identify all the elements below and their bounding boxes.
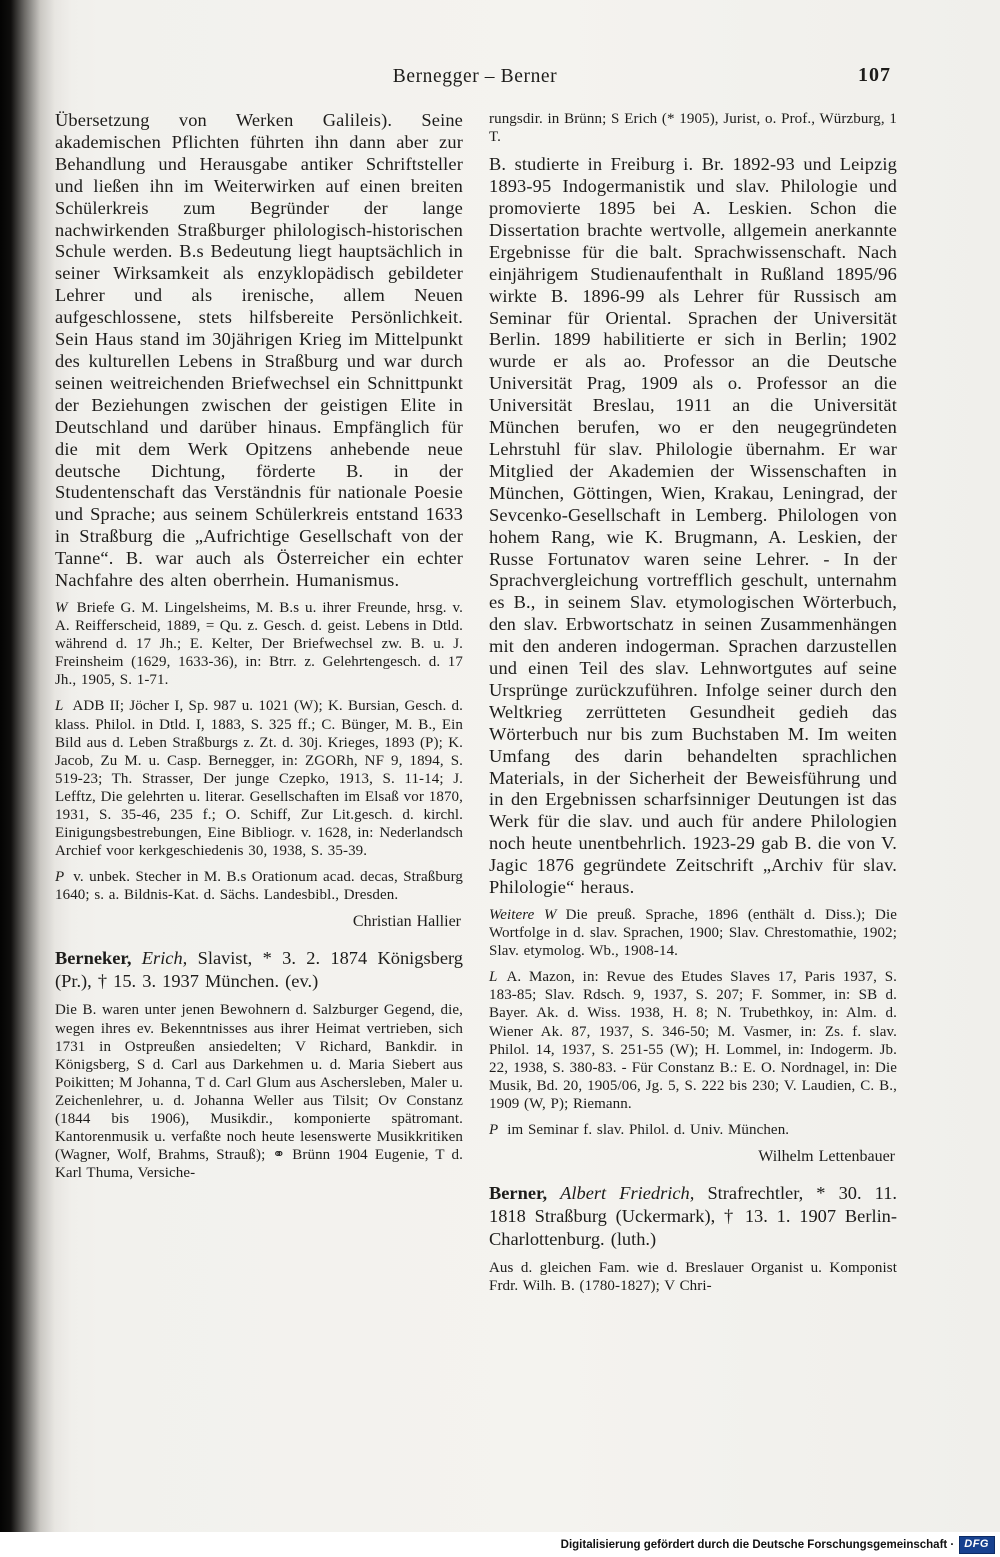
entry-forename: Erich, [142,948,187,968]
literature-label: L [55,698,63,714]
bernegger-portrait-section: Pv. unbek. Stecher in M. B.s Orationum a… [55,868,463,904]
article-author-signature: Wilhelm Lettenbauer [489,1147,895,1166]
portrait-label: P [489,1122,498,1138]
literature-text: A. Mazon, in: Revue des Etudes Slaves 17… [489,969,897,1112]
berneker-biography-text: B. studierte in Freiburg i. Br. 1892-93 … [489,154,897,899]
berneker-genealogy-continued: rungsdir. in Brünn; S Erich (* 1905), Ju… [489,110,897,146]
dfg-logo: DFG [959,1536,995,1554]
berneker-genealogy: Die B. waren unter jenen Bewohnern d. Sa… [55,1001,463,1182]
berneker-portrait-section: Pim Seminar f. slav. Philol. d. Univ. Mü… [489,1121,897,1139]
further-works-label: Weitere W [489,907,557,923]
bernegger-works-section: WBriefe G. M. Lingelsheims, M. B.s u. ih… [55,599,463,689]
two-column-text-block: Übersetzung von Werken Galileis). Seine … [55,110,897,1303]
bernegger-article-continuation: Übersetzung von Werken Galileis). Seine … [55,110,463,592]
bernegger-literature-section: LADB II; Jöcher I, Sp. 987 u. 1021 (W); … [55,697,463,860]
running-head-title: Bernegger – Berner [55,66,895,88]
entry-surname: Berneker, [55,948,131,968]
works-text: Briefe G. M. Lingelsheims, M. B.s u. ihr… [55,600,463,688]
left-column: Übersetzung von Werken Galileis). Seine … [55,110,463,1303]
berner-genealogy: Aus d. gleichen Fam. wie d. Breslauer Or… [489,1259,897,1295]
article-author-signature: Christian Hallier [55,912,461,931]
portrait-text: im Seminar f. slav. Philol. d. Univ. Mün… [507,1122,789,1138]
entry-surname: Berner, [489,1183,547,1203]
berneker-entry-heading: Berneker, Erich, Slavist, * 3. 2. 1874 K… [55,947,463,993]
portrait-text: v. unbek. Stecher in M. B.s Orationum ac… [55,869,463,903]
page-number: 107 [858,64,891,87]
literature-label: L [489,969,497,985]
portrait-label: P [55,869,64,885]
digitization-credit-text: Digitalisierung gefördert durch die Deut… [561,1539,955,1551]
scanned-book-page: { "header": { "title": "Bernegger – Bern… [0,0,1000,1557]
berner-entry-heading: Berner, Albert Friedrich, Strafrechtler,… [489,1182,897,1251]
berneker-literature-section: LA. Mazon, in: Revue des Etudes Slaves 1… [489,968,897,1113]
works-label: W [55,600,68,616]
literature-text: ADB II; Jöcher I, Sp. 987 u. 1021 (W); K… [55,698,463,859]
digitization-footer: Digitalisierung gefördert durch die Deut… [0,1532,1000,1557]
entry-forename: Albert Friedrich, [560,1183,694,1203]
right-column: rungsdir. in Brünn; S Erich (* 1905), Ju… [489,110,897,1303]
berneker-further-works-section: Weitere WDie preuß. Sprache, 1896 (enthä… [489,906,897,960]
page-scan-paper: Bernegger – Berner 107 Übersetzung von W… [0,0,1000,1532]
running-head: Bernegger – Berner 107 [55,66,895,92]
